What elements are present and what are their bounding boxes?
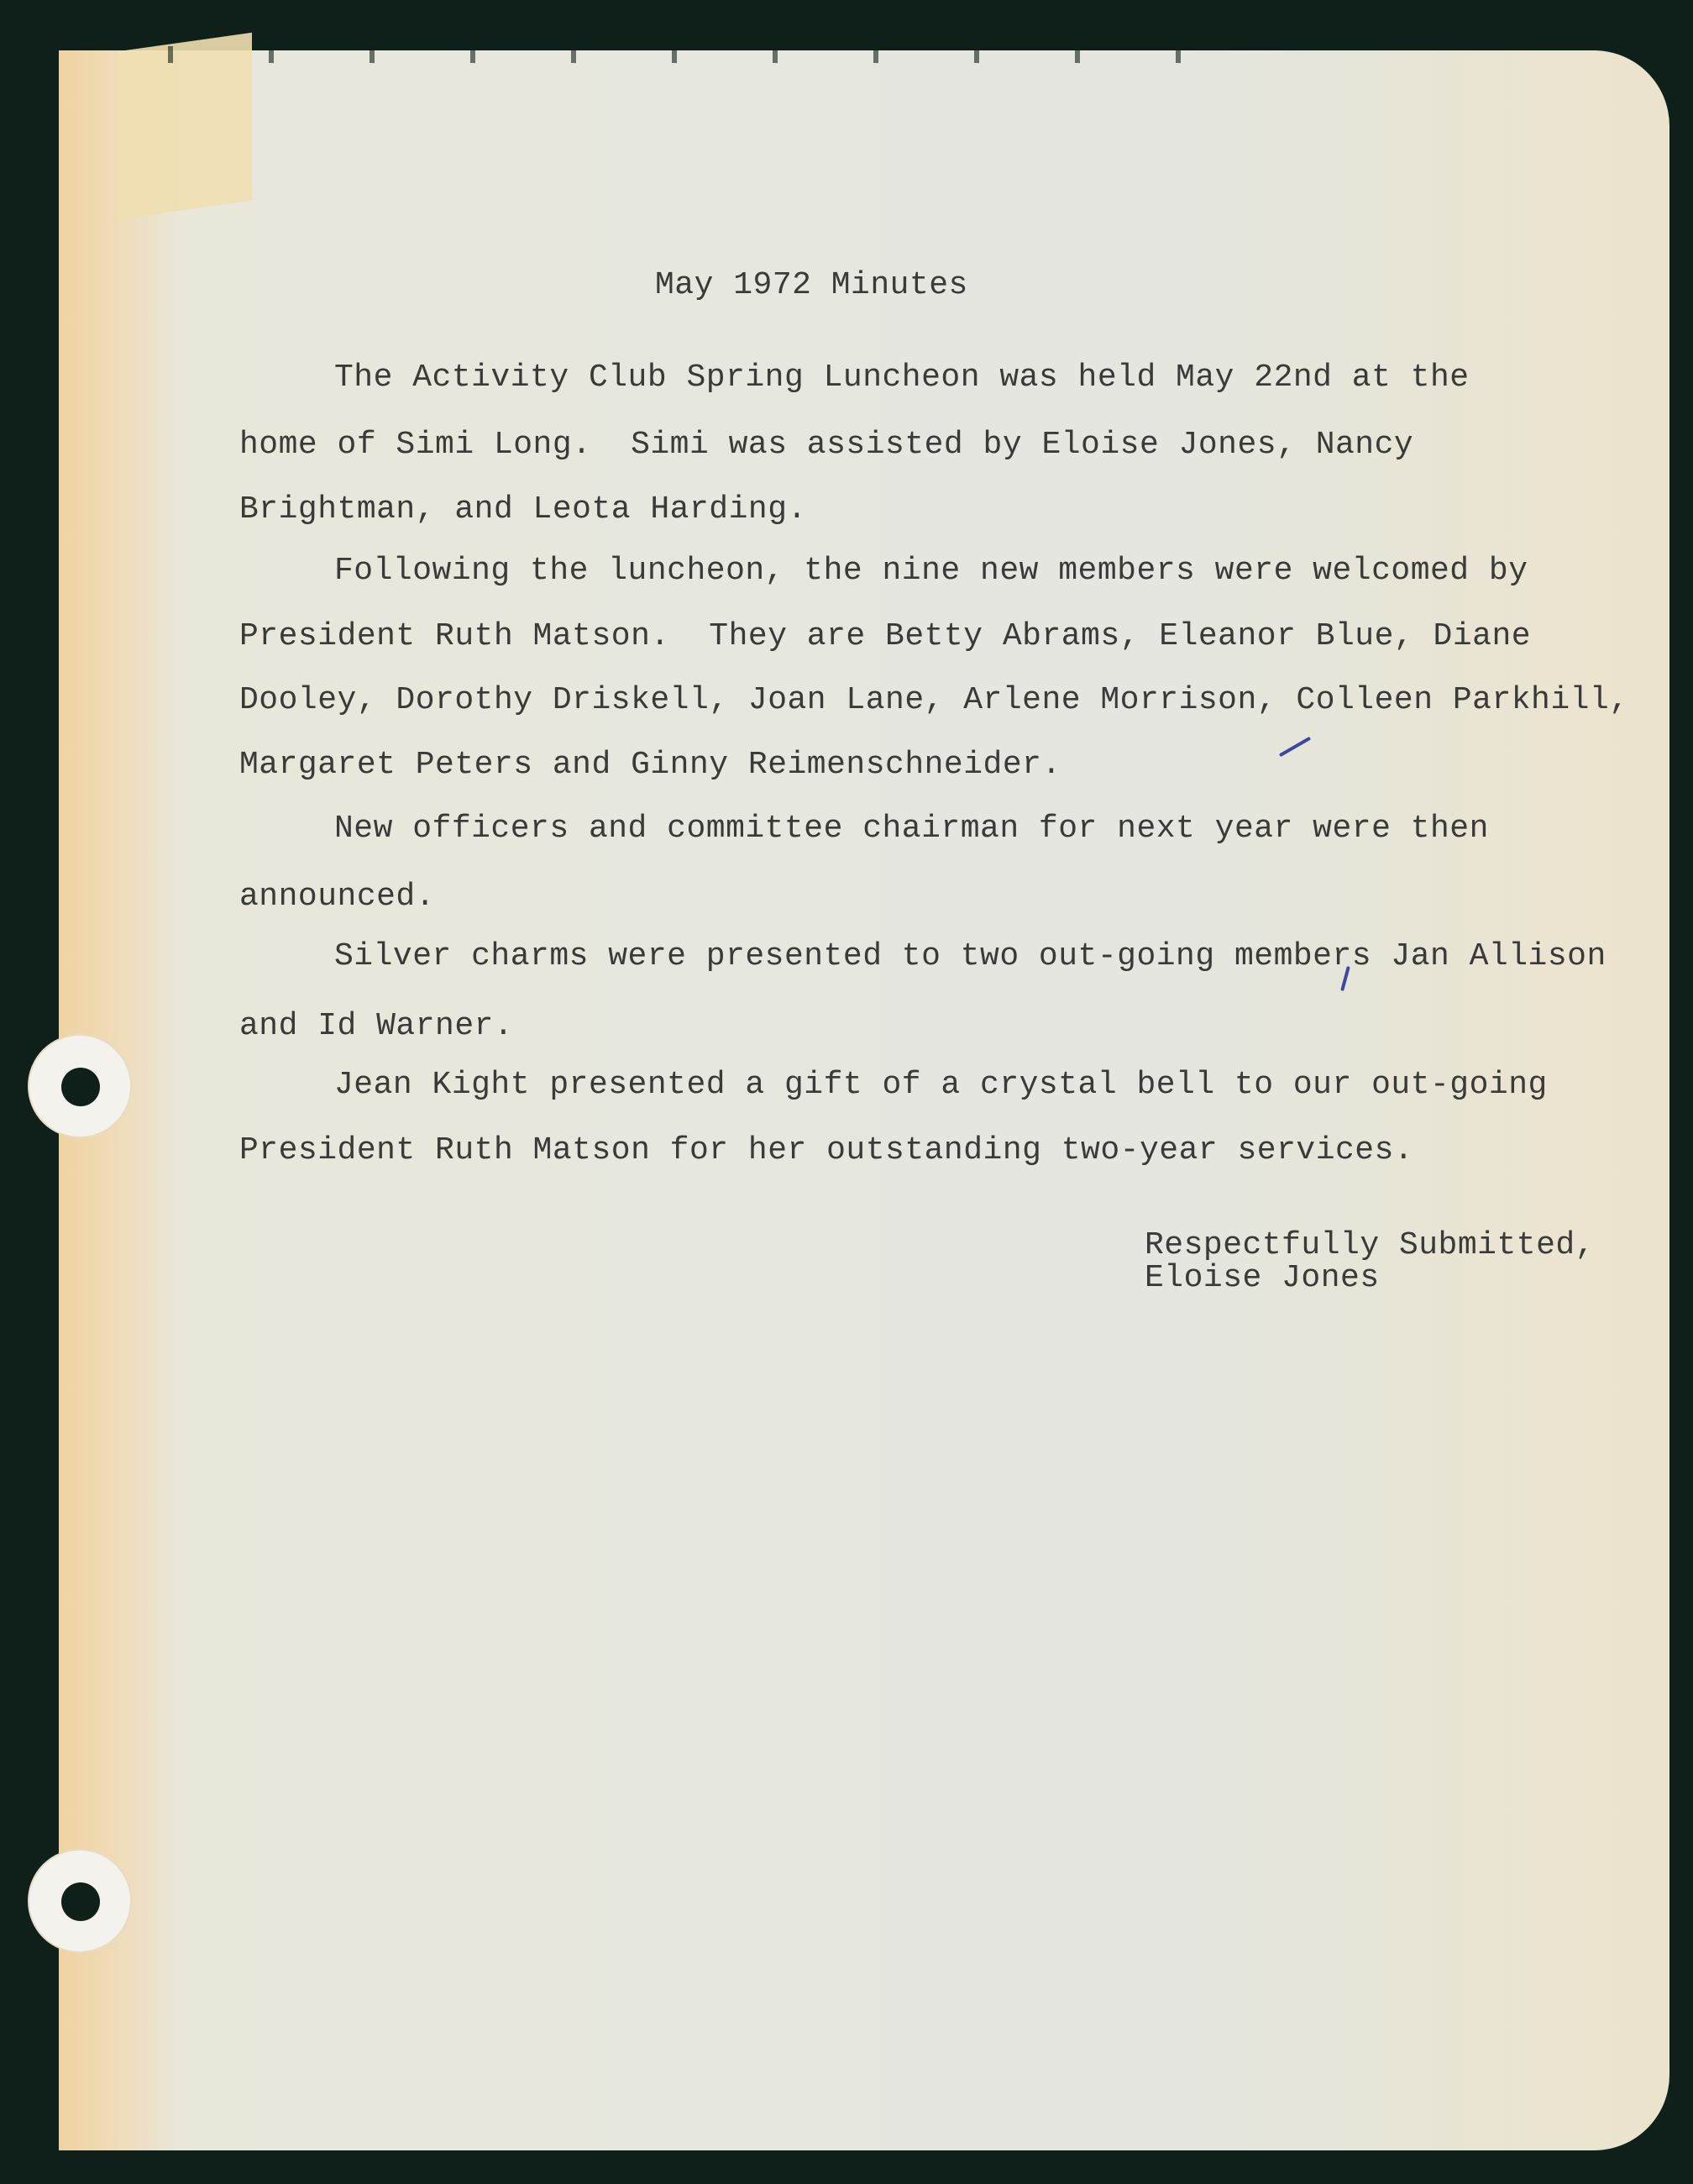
paragraph-line: Jean Kight presented a gift of a crystal… — [334, 1067, 1548, 1103]
paragraph-line: New officers and committee chairman for … — [334, 811, 1489, 847]
paragraph-line: Silver charms were presented to two out-… — [334, 938, 1607, 974]
paragraph-line: President Ruth Matson for her outstandin… — [239, 1132, 1413, 1168]
paragraph-line: Margaret Peters and Ginny Reimenschneide… — [239, 747, 1061, 783]
closing-line: Respectfully Submitted, — [1145, 1227, 1595, 1263]
document-title: May 1972 Minutes — [655, 267, 968, 303]
paragraph-line: President Ruth Matson. They are Betty Ab… — [239, 618, 1531, 654]
paragraph-line: The Activity Club Spring Luncheon was he… — [334, 360, 1470, 396]
paragraph-line: Following the luncheon, the nine new mem… — [334, 553, 1528, 589]
binder-hole-icon — [29, 1851, 130, 1951]
paragraph-line: announced. — [239, 879, 435, 915]
torn-top-edge — [168, 46, 1260, 63]
signature-name: Eloise Jones — [1145, 1260, 1380, 1296]
paragraph-line: Brightman, and Leota Harding. — [239, 491, 807, 528]
paragraph-line: home of Simi Long. Simi was assisted by … — [239, 427, 1413, 463]
paragraph-line: and Id Warner. — [239, 1008, 513, 1044]
binder-hole-icon — [29, 1036, 130, 1137]
paragraph-line: Dooley, Dorothy Driskell, Joan Lane, Arl… — [239, 682, 1629, 718]
